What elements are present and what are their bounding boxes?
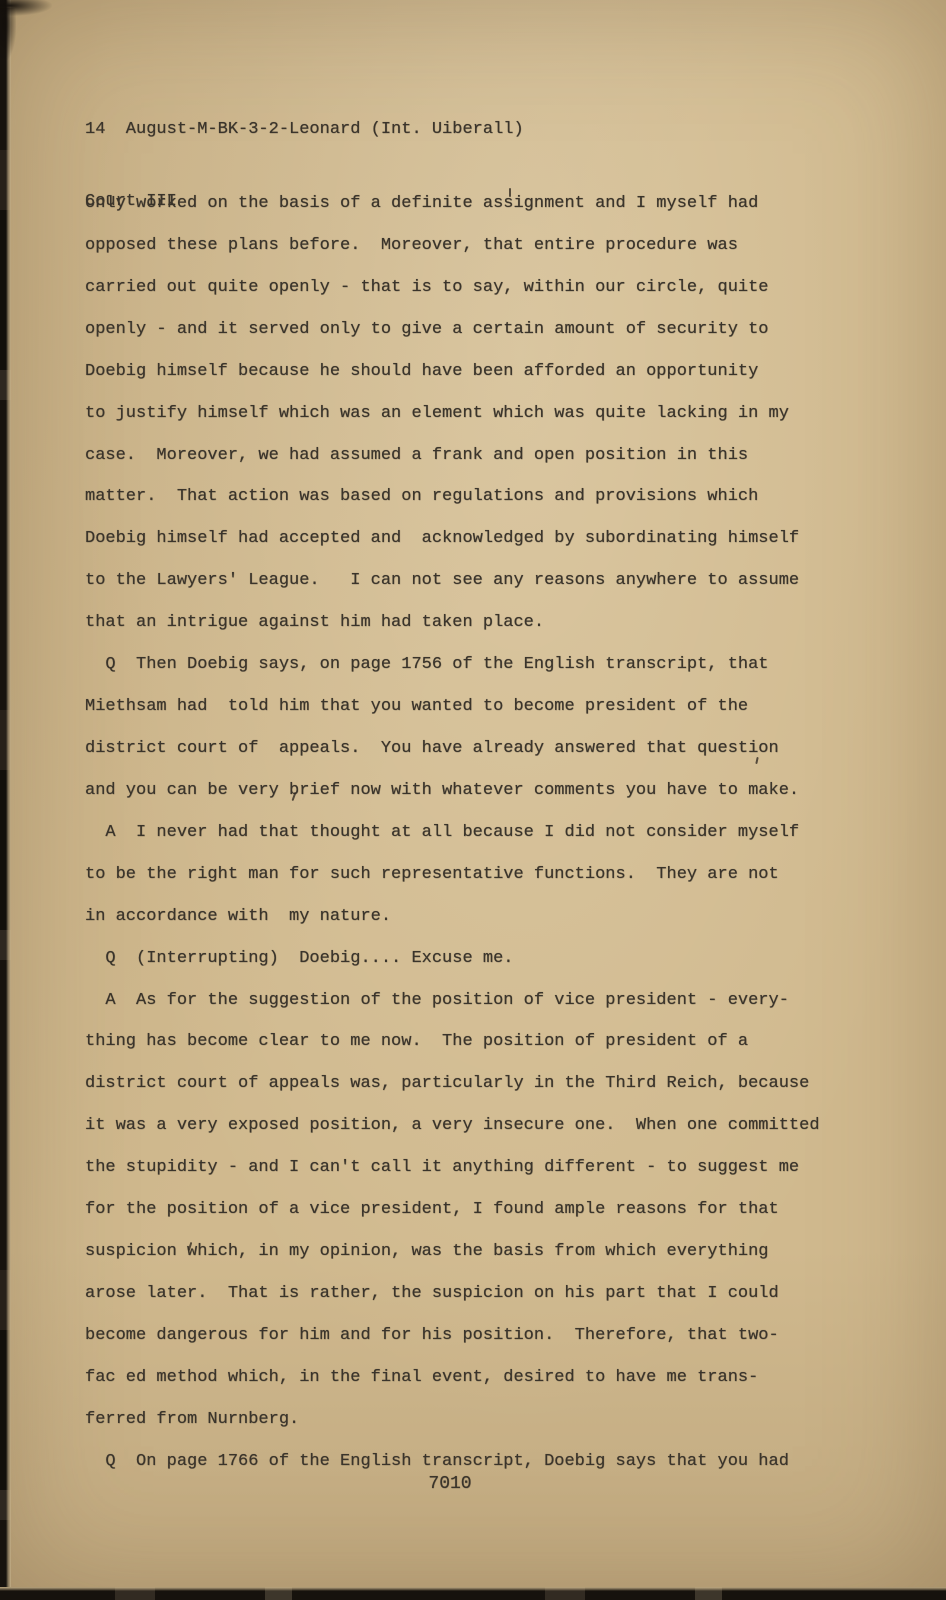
transcript-line: district court of appeals. You have alre… (85, 728, 925, 770)
transcript-line: suspicion which, in my opinion, was the … (85, 1231, 925, 1273)
transcript-line: in accordance with my nature. (85, 896, 925, 938)
transcript-line-question: Q Then Doebig says, on page 1756 of the … (85, 644, 925, 686)
ink-speck (509, 188, 511, 197)
scan-edge-left (0, 0, 11, 1600)
transcript-line: district court of appeals was, particula… (85, 1063, 925, 1105)
transcript-line: it was a very exposed position, a very i… (85, 1105, 925, 1147)
transcript-line: matter. That action was based on regulat… (85, 476, 925, 518)
scan-edge-bottom (0, 1587, 946, 1600)
transcript-body: only worked on the basis of a definite a… (85, 183, 925, 1483)
transcript-line: become dangerous for him and for his pos… (85, 1315, 925, 1357)
transcript-line-question: Q (Interrupting) Doebig.... Excuse me. (85, 938, 925, 980)
page-number: 7010 (370, 1472, 530, 1496)
transcript-line: only worked on the basis of a definite a… (85, 183, 925, 225)
transcript-line-answer: A As for the suggestion of the position … (85, 980, 925, 1022)
transcript-line-answer: A I never had that thought at all becaus… (85, 812, 925, 854)
transcript-line: case. Moreover, we had assumed a frank a… (85, 435, 925, 477)
transcript-line: opposed these plans before. Moreover, th… (85, 225, 925, 267)
transcript-line: fac ed method which, in the final event,… (85, 1357, 925, 1399)
transcript-line: to be the right man for such representat… (85, 854, 925, 896)
transcript-line: thing has become clear to me now. The po… (85, 1021, 925, 1063)
transcript-line: Doebig himself had accepted and acknowle… (85, 518, 925, 560)
transcript-line: Miethsam had told him that you wanted to… (85, 686, 925, 728)
header-docket-line: 14 August-M-BK-3-2-Leonard (Int. Uiberal… (85, 118, 524, 142)
transcript-line: to the Lawyers' League. I can not see an… (85, 560, 925, 602)
transcript-line: openly - and it served only to give a ce… (85, 309, 925, 351)
scan-corner-shadow (0, 8, 16, 60)
transcript-line: arose later. That is rather, the suspici… (85, 1273, 925, 1315)
transcript-line: the stupidity - and I can't call it anyt… (85, 1147, 925, 1189)
transcript-line: that an intrigue against him had taken p… (85, 602, 925, 644)
transcript-line: to justify himself which was an element … (85, 393, 925, 435)
transcript-line: for the position of a vice president, I … (85, 1189, 925, 1231)
transcript-line: Doebig himself because he should have be… (85, 351, 925, 393)
transcript-page: 14 August-M-BK-3-2-Leonard (Int. Uiberal… (0, 0, 946, 1600)
transcript-line: ferred from Nurnberg. (85, 1399, 925, 1441)
transcript-line: carried out quite openly - that is to sa… (85, 267, 925, 309)
transcript-line: and you can be very brief now with whate… (85, 770, 925, 812)
